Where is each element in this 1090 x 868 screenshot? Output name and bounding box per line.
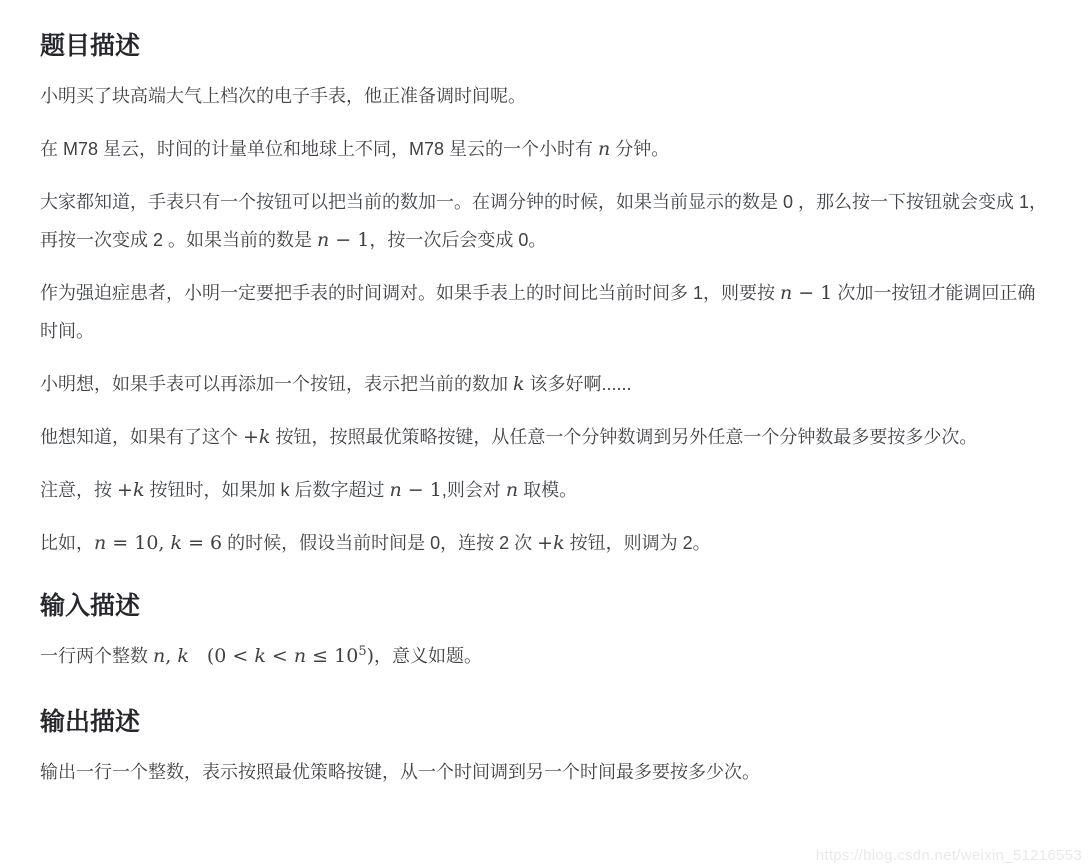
- sections: 题目描述小明买了块高端大气上档次的电子手表，他正准备调时间呢。在 M78 星云，…: [40, 30, 1050, 791]
- paragraph: 大家都知道，手表只有一个按钮可以把当前的数加一。在调分钟的时候，如果当前显示的数…: [40, 183, 1050, 259]
- math-segment: ≤ 10: [306, 645, 358, 667]
- paragraph: 注意，按 +k 按钮时，如果加 k 后数字超过 n − 1,则会对 n 取模。: [40, 471, 1050, 509]
- math-segment: +: [537, 532, 553, 554]
- math-segment: k: [177, 645, 189, 667]
- paragraph: 一行两个整数 n, k (0 < k < n ≤ 105)，意义如题。: [40, 637, 1050, 678]
- section-input-description: 输入描述一行两个整数 n, k (0 < k < n ≤ 105)，意义如题。: [40, 590, 1050, 678]
- math-segment: k: [254, 645, 266, 667]
- text-segment: 作为强迫症患者，小明一定要把手表的时间调对。如果手表上的时间比当前时间多 1，则…: [40, 283, 780, 303]
- math-segment: − 1: [329, 229, 369, 251]
- math-segment: n: [506, 479, 518, 501]
- math-segment: = 6: [182, 532, 222, 554]
- math-segment: n: [153, 645, 165, 667]
- text-segment: 分钟。: [610, 139, 669, 159]
- section-heading: 输入描述: [40, 590, 1050, 622]
- section-heading: 输出描述: [40, 706, 1050, 738]
- math-segment: k: [513, 373, 525, 395]
- text-segment: 比如，: [40, 533, 94, 553]
- math-segment: = 10,: [106, 532, 170, 554]
- text-segment: 按钮，按照最优策略按键，从任意一个分钟数调到另外任意一个分钟数最多要按多少次。: [270, 427, 977, 447]
- math-segment: n: [598, 138, 610, 160]
- text-segment: 的时候，假设当前时间是 0，连按 2 次: [222, 533, 537, 553]
- section-heading: 题目描述: [40, 30, 1050, 62]
- text-segment: 取模。: [518, 480, 577, 500]
- text-segment: [189, 646, 207, 666]
- text-segment: 该多好啊......: [525, 374, 632, 394]
- math-segment: +: [117, 479, 133, 501]
- math-segment: k: [259, 426, 271, 448]
- paragraph: 作为强迫症患者，小明一定要把手表的时间调对。如果手表上的时间比当前时间多 1，则…: [40, 274, 1050, 350]
- math-segment: k: [553, 532, 565, 554]
- section-output-description: 输出描述输出一行一个整数，表示按照最优策略按键，从一个时间调到另一个时间最多要按…: [40, 706, 1050, 791]
- paragraph: 比如，n = 10, k = 6 的时候，假设当前时间是 0，连按 2 次 +k…: [40, 524, 1050, 562]
- math-segment: − 1: [402, 479, 442, 501]
- text-segment: ，按一次后会变成 0。: [369, 230, 546, 250]
- text-segment: 小明想，如果手表可以再添加一个按钮，表示把当前的数加: [40, 374, 513, 394]
- paragraph: 小明想，如果手表可以再添加一个按钮，表示把当前的数加 k 该多好啊......: [40, 365, 1050, 403]
- math-segment: n: [294, 645, 306, 667]
- math-segment: n: [389, 479, 401, 501]
- math-segment: +: [243, 426, 259, 448]
- text-segment: 按钮，则调为 2。: [565, 533, 711, 553]
- math-segment: k: [171, 532, 183, 554]
- math-segment: (0 <: [207, 645, 255, 667]
- problem-document: 题目描述小明买了块高端大气上档次的电子手表，他正准备调时间呢。在 M78 星云，…: [0, 0, 1090, 868]
- text-segment: 按钮时，如果加 k 后数字超过: [144, 480, 389, 500]
- math-segment: <: [266, 645, 294, 667]
- text-segment: 输出一行一个整数，表示按照最优策略按键，从一个时间调到另一个时间最多要按多少次。: [40, 762, 760, 782]
- watermark-url: https://blog.csdn.net/weixin_51216553: [816, 847, 1082, 864]
- math-segment: 5: [358, 644, 366, 659]
- paragraph: 小明买了块高端大气上档次的电子手表，他正准备调时间呢。: [40, 77, 1050, 115]
- paragraph: 输出一行一个整数，表示按照最优策略按键，从一个时间调到另一个时间最多要按多少次。: [40, 753, 1050, 791]
- section-problem-description: 题目描述小明买了块高端大气上档次的电子手表，他正准备调时间呢。在 M78 星云，…: [40, 30, 1050, 562]
- text-segment: 一行两个整数: [40, 646, 153, 666]
- text-segment: 注意，按: [40, 480, 117, 500]
- math-segment: ,: [165, 645, 177, 667]
- text-segment: ,则会对: [442, 480, 506, 500]
- math-segment: n: [94, 532, 106, 554]
- math-segment: − 1: [792, 282, 832, 304]
- math-segment: k: [133, 479, 145, 501]
- math-segment: n: [780, 282, 792, 304]
- math-segment: ): [367, 645, 374, 667]
- text-segment: 小明买了块高端大气上档次的电子手表，他正准备调时间呢。: [40, 86, 526, 106]
- text-segment: 在 M78 星云，时间的计量单位和地球上不同，M78 星云的一个小时有: [40, 139, 598, 159]
- text-segment: ，意义如题。: [374, 646, 482, 666]
- paragraph: 他想知道，如果有了这个 +k 按钮，按照最优策略按键，从任意一个分钟数调到另外任…: [40, 418, 1050, 456]
- math-segment: n: [317, 229, 329, 251]
- paragraph: 在 M78 星云，时间的计量单位和地球上不同，M78 星云的一个小时有 n 分钟…: [40, 130, 1050, 168]
- text-segment: 他想知道，如果有了这个: [40, 427, 243, 447]
